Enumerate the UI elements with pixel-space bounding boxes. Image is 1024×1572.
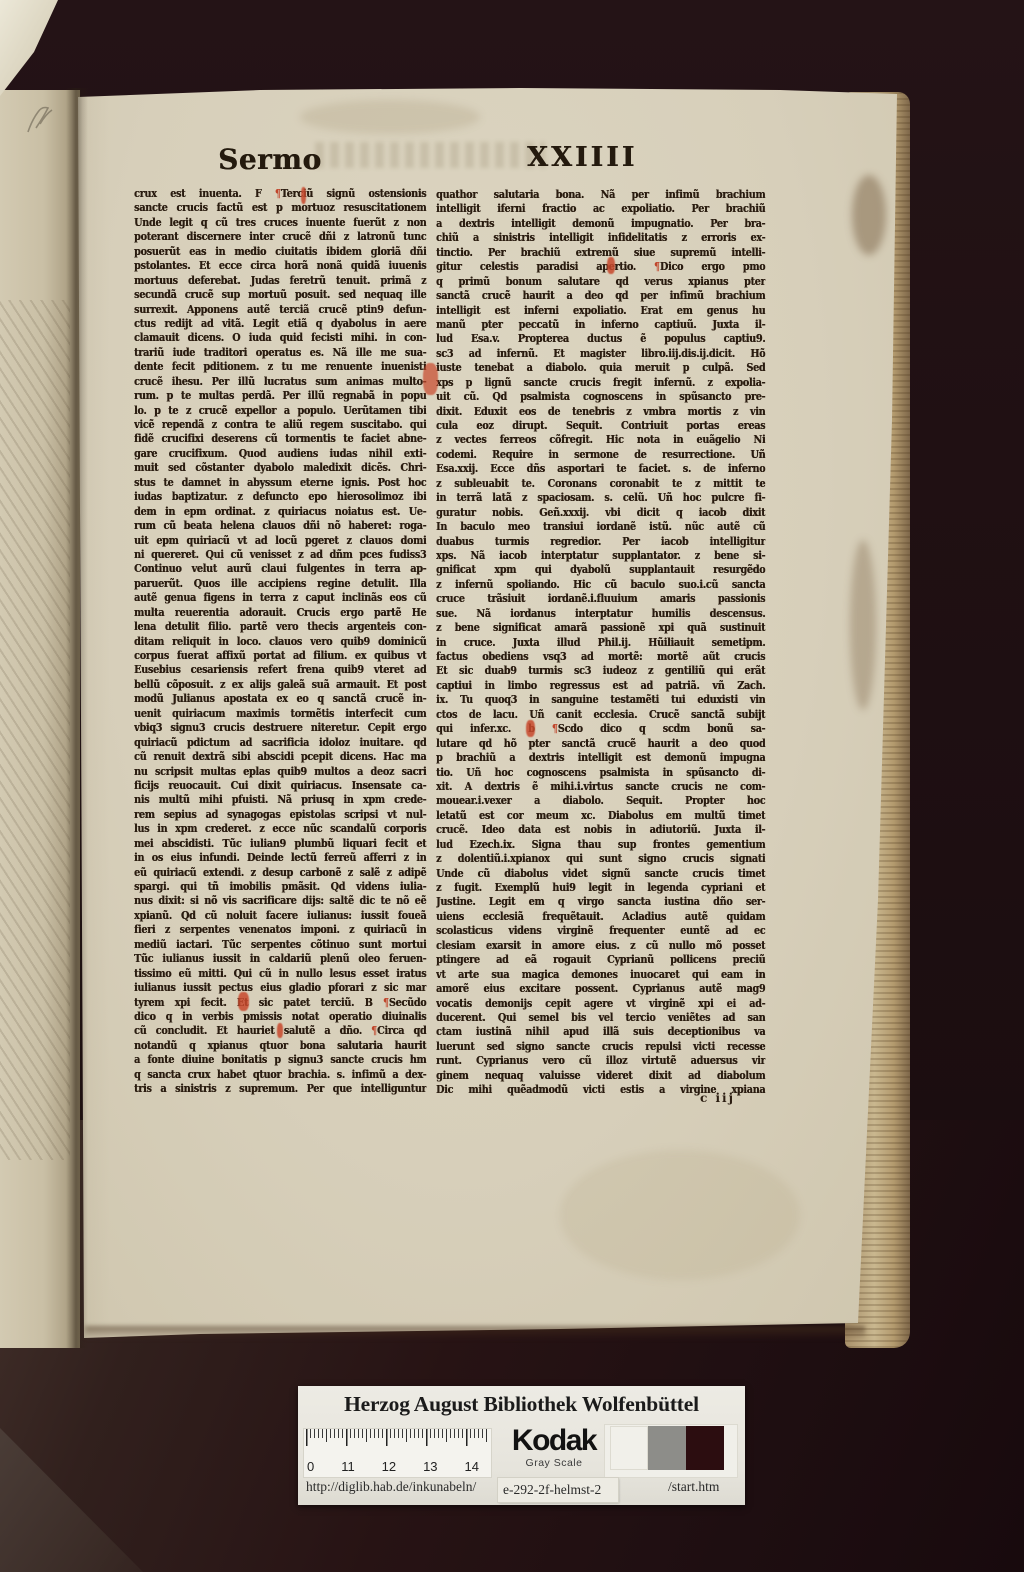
ruler-number: 13	[423, 1459, 437, 1474]
gray-scale-patch-gray	[648, 1426, 686, 1470]
text-line: corpus fuerat affixũ portat ad filium. e…	[134, 648, 426, 662]
text-line: in terrã latã z spaciosam. s. celũ. Uñ h…	[436, 490, 765, 504]
text-line: multa reuerentia adorauit. Crucis ergo p…	[134, 605, 426, 619]
library-label-card: Herzog August Bibliothek Wolfenbüttel 01…	[298, 1386, 745, 1505]
text-line: lutare qd hõ pter sanctã crucẽ haurit a …	[436, 736, 765, 750]
text-line: nis multũ mihi pfuisti. Nã priusq in xpm…	[134, 792, 426, 806]
ruler-number: 14	[464, 1459, 478, 1474]
text-line: sue. Nã iordanus interptatur humilis des…	[436, 606, 765, 620]
text-line: cula eoz dirupt. Sequit. Contriuit porta…	[436, 418, 765, 432]
text-column-right: quathor salutaria bona. Nã per infimũ br…	[436, 187, 765, 1097]
text-line: posuerũt eas in medio ciuitatis ibidem g…	[134, 244, 426, 258]
text-line: factus obediens vsq3 ad mortẽ: mortẽ aũt…	[436, 649, 765, 663]
text-line: z infernũ spoliando. Hic cũ baculo suo.i…	[436, 577, 765, 591]
text-line: mouear.i.vexer a diabolo. Sequit. Propte…	[436, 793, 765, 807]
page-stain	[300, 100, 480, 134]
text-line: vt arte sua magica demones inuocaret qui…	[436, 967, 765, 981]
text-line: sanctã crucẽ haurit a deo qd per infimũ …	[436, 288, 765, 302]
pilcrow-rubric: ¶	[552, 721, 558, 735]
ruler-long-ticks	[306, 1429, 489, 1446]
text-line: intelligit est inferni expoliatio. Erat …	[436, 303, 765, 317]
text-line: ctam iustinã nihil apud illã suis decept…	[436, 1024, 765, 1038]
shelfmark-sticker: e-292-2f-helmst-2	[498, 1478, 618, 1502]
text-line: crucẽ ihesu. Per illũ lucratus sum anima…	[134, 374, 426, 388]
pilcrow-rubric: ¶	[371, 1023, 377, 1037]
ruler-number: 12	[382, 1459, 396, 1474]
text-line: Justine. Legit em q virgo sancta iustina…	[436, 894, 765, 908]
rubrication-mark	[607, 257, 615, 274]
text-line: eũ quiriacũ extendi. z desup carbonẽ z s…	[134, 865, 426, 879]
text-line: chiũ a sinistris intelligit infidelitati…	[436, 230, 765, 244]
ruler-number: 0	[307, 1459, 314, 1474]
text-line: z subleuabit te. Coronans coronabit te z…	[436, 476, 765, 490]
text-line: quathor salutaria bona. Nã per infimũ br…	[436, 187, 765, 201]
text-line: vicẽ rependã z contra te aliũ regem susc…	[134, 417, 426, 431]
text-line: xps. Nã iacob interptatur supplantator. …	[436, 548, 765, 562]
text-line: in cruce. Juxta illud Phil.ij. Hũiliauit…	[436, 635, 765, 649]
text-line: q primũ bonum salutare qd verus xpianus …	[436, 274, 765, 288]
text-line: ix. Tu quoq3 in sanguine testamẽti tui e…	[436, 692, 765, 706]
text-line: crux est inuenta. F ¶Terciũ signũ ostens…	[134, 186, 426, 200]
text-line: z vectes ferreos cõfregit. Hic nota in e…	[436, 432, 765, 446]
text-line: z bene significat amarã passionẽ xpi quã…	[436, 620, 765, 634]
text-line: trariũ iude traditori operatus es. Nã il…	[134, 345, 426, 359]
text-line: surrexit. Apponens autẽ terciã crucẽ pti…	[134, 302, 426, 316]
text-line: xps p lignũ sancte crucis fregit infernũ…	[436, 375, 765, 389]
text-line: iulianus iussit pectus eius gladio pfora…	[134, 980, 426, 994]
text-line: uit cũ. Qd psalmista cognoscens in spũsa…	[436, 389, 765, 403]
text-line: cruce trãsiuit iordanẽ.i.fluuium amaris …	[436, 591, 765, 605]
text-line: muit sed cõstanter dyabolo maledixit dic…	[134, 460, 426, 474]
text-line: vbiq3 signu3 crucis destruere niteretur.…	[134, 720, 426, 734]
text-line: intelligit iferni fractio ac expoliatio.…	[436, 201, 765, 215]
text-line: runt. Cyprianus vero cũ illoz virtutẽ ad…	[436, 1053, 765, 1067]
text-line: In baculo meo transiui iordanẽ istũ. nũc…	[436, 519, 765, 533]
page-stain	[852, 175, 886, 255]
text-line: iudas baptizatur. z defuncto epo hieroso…	[134, 489, 426, 503]
text-line: codemi. Require in sermone de resurrecti…	[436, 447, 765, 461]
text-line: tio. Uñ hoc cognoscens psalmista in spũs…	[436, 765, 765, 779]
text-line: dem in epm ordinat. z quiriacus noiatus …	[134, 504, 426, 518]
text-line: Unde cũ diabolus videt signũ sancte cruc…	[436, 866, 765, 880]
library-name: Herzog August Bibliothek Wolfenbüttel	[298, 1392, 745, 1417]
text-line: fidẽ crucifixi deserens cũ tormentis te …	[134, 431, 426, 445]
text-line: captiui in limbo regressus est ad patriã…	[436, 678, 765, 692]
pilcrow-rubric: ¶	[383, 995, 389, 1009]
text-line: z fugit. Exemplũ hui9 legit in legenda c…	[436, 880, 765, 894]
text-line: clesiam exarsit in amore eius. z cũ null…	[436, 938, 765, 952]
gray-scale-patch-white	[610, 1426, 648, 1470]
text-line: autẽ genua figens in terra z caput incli…	[134, 590, 426, 604]
text-line: lud Ezech.ix. Signa thau sup frontes gem…	[436, 837, 765, 851]
text-line: guratur nobis. Geñ.xxxij. vbi dicit q ia…	[436, 505, 765, 519]
text-line: mediũ iactari. Tũc serpentes cõtinuo sun…	[134, 937, 426, 951]
facing-page-text-texture	[0, 300, 70, 1160]
text-line: tinctio. Per brachiũ extremũ siue suprem…	[436, 245, 765, 259]
ruler-number: 11	[341, 1459, 355, 1474]
text-line: lo. p te z crucẽ expellor a populo. Uerũ…	[134, 403, 426, 417]
text-line: clamauit dicens. O iuda quid fecisti mih…	[134, 330, 426, 344]
kodak-wordmark: Kodak	[498, 1426, 610, 1456]
text-line: Eusebius cesariensis refert frena quib9 …	[134, 662, 426, 676]
text-line: uit epm quiriacũ vt ad locũ pgeret z cla…	[134, 533, 426, 547]
rubrication-smudge	[423, 363, 438, 395]
text-line: ginem nequaq valuisse videret dixit ad d…	[436, 1068, 765, 1082]
shelfmark: e-292-2f-helmst-2	[503, 1482, 601, 1498]
text-line: stus te damnet in abyssum eterne ignis. …	[134, 475, 426, 489]
rubrication-mark	[301, 187, 306, 204]
ruler-numbers: 011121314	[307, 1459, 479, 1474]
text-line: uiens ecclesiã frequẽtauit. Acladius aut…	[436, 909, 765, 923]
text-line: gitur celestis paradisi apertio. ¶Dico e…	[436, 259, 765, 273]
text-line: rum. p te multas perdã. Per illũ regnabã…	[134, 388, 426, 402]
text-line: crucẽ. Ideo data est nobis in adiutoriũ.…	[436, 822, 765, 836]
page-stain	[560, 1150, 800, 1280]
rubrication-mark	[526, 720, 535, 737]
text-line: uenit quiriacum maximis tormẽtis interfe…	[134, 706, 426, 720]
text-line: iuste tenebat a diabolo. quia meruit p c…	[436, 360, 765, 374]
text-line: paruerũt. Quos ille accipiens regine det…	[134, 576, 426, 590]
text-line: tris a sinistris z supremum. Per que int…	[134, 1081, 426, 1095]
text-line: tyrem xpi fecit. Et sic patet terciũ. B …	[134, 995, 426, 1009]
ink-showthrough	[315, 142, 545, 168]
text-line: pstolantes. Et ecce circa horã nonã quid…	[134, 258, 426, 272]
text-line: a fonte diuine bonitatis p signu3 sancte…	[134, 1052, 426, 1066]
text-column-left: crux est inuenta. F ¶Terciũ signũ ostens…	[134, 186, 426, 1096]
digitization-url: http://diglib.hab.de/inkunabeln/	[306, 1479, 476, 1495]
text-line: qui infer.xc. b ¶Scdo dico q scdm bonũ s…	[436, 721, 765, 735]
text-line: Continuo velut aurũ claui fulgentes in t…	[134, 561, 426, 575]
pilcrow-rubric: ¶	[275, 186, 281, 200]
text-line: q sancta crux habet qtuor brachia. s. in…	[134, 1067, 426, 1081]
text-line: bellũ cõposuit. z ex alijs galeã suã arm…	[134, 677, 426, 691]
text-line: dixit. Eduxit eos de tenebris z vmbra mo…	[436, 404, 765, 418]
gray-scale-patches	[610, 1426, 724, 1470]
rubrication-mark	[238, 992, 249, 1011]
text-line: z dolentiũ.i.xpianox qui sunt signo cruc…	[436, 851, 765, 865]
text-line: dente fecit pditionem. z tu me renuente …	[134, 359, 426, 373]
text-line: letatũ est cor meum xc. Diabolus em mult…	[436, 808, 765, 822]
rubrication-mark	[277, 1023, 283, 1038]
text-line: mei abscidisti. Tũc iulian9 plumbũ liqua…	[134, 836, 426, 850]
text-line: sc3 ad infernũ. Et magister libro.iij.di…	[436, 346, 765, 360]
text-line: amorẽ eius excitare possent. Cyprianus a…	[436, 981, 765, 995]
text-line: ficijs reuocauit. Cui dixit quiriacus. I…	[134, 778, 426, 792]
text-line: vocatis demonijs cepit agere vt virginẽ …	[436, 996, 765, 1010]
text-line: p brachiũ a dextris intelligit est demon…	[436, 750, 765, 764]
text-line: gnificat xpm qui dyabolũ supplantauit re…	[436, 562, 765, 576]
text-line: nus dixit: si nõ vis sacrificare dijs: s…	[134, 893, 426, 907]
folio-number: XXIIII	[527, 142, 637, 173]
pilcrow-rubric: ¶	[654, 259, 660, 273]
text-line: poterant discernere inter crucẽ dñi z la…	[134, 229, 426, 243]
text-line: ctus redijt ad vitã. Legit etiã q dyabol…	[134, 316, 426, 330]
text-line: rem sepius ad synagogas epistolas scrips…	[134, 807, 426, 821]
text-line: Esa.xxij. Ecce dñs asportari te faciet. …	[436, 461, 765, 475]
text-line: cũ renuit dextrã sibi abscidi pcepit dic…	[134, 749, 426, 763]
text-line: ducerent. Qui semel bis vel tercio veniẽ…	[436, 1010, 765, 1024]
page-stain	[850, 540, 876, 710]
text-line: lus in xpm crederet. z ecce nũc scandalũ…	[134, 821, 426, 835]
text-line: dico q in verbis pmissis notat operatio …	[134, 1009, 426, 1023]
text-line: luerunt sed signo sancte crucis repulsi …	[436, 1039, 765, 1053]
text-line: secundã crucẽ sup mortuũ posuit. sed neq…	[134, 287, 426, 301]
text-line: duabus turmis regredior. Per iacob intel…	[436, 534, 765, 548]
quire-signature: c iij	[700, 1091, 735, 1105]
text-line: scolasticus videns virginẽ frequenter eu…	[436, 923, 765, 937]
text-line: lena detulit filio. partẽ vero thecis ar…	[134, 619, 426, 633]
measurement-ruler: 011121314	[303, 1428, 492, 1478]
text-line: tissimo eũ mitti. Qui cũ in nullo lesus …	[134, 966, 426, 980]
text-line: a dextris intelligit demonũ impugnatio. …	[436, 216, 765, 230]
text-line: xit. A dextris ẽ mihi.i.virtus sancte cr…	[436, 779, 765, 793]
text-line: ditam reliquit in loco. clauos vero quib…	[134, 634, 426, 648]
text-line: Et sic duab9 turmis sc3 iudeoz z gentili…	[436, 663, 765, 677]
text-line: Unde legit q cũ tres cruces inuente fuer…	[134, 215, 426, 229]
text-line: gare crucifixum. Quod audiens iudas nihi…	[134, 446, 426, 460]
text-line: Tũc iulianus iussit in caldariũ plenũ ol…	[134, 951, 426, 965]
text-line: ptingere ad eã rogauit Cyprianũ pollicen…	[436, 952, 765, 966]
gray-scale-patch-black	[686, 1426, 724, 1470]
text-line: modũ Julianus apostata ex eo q sanctã cr…	[134, 691, 426, 705]
page-bottom-shadow	[85, 1326, 865, 1340]
kodak-logo-block: Kodak Gray Scale	[498, 1426, 610, 1469]
text-line: ni quereret. Qui cũ venisset z ad dñm pc…	[134, 547, 426, 561]
text-line: nu scripsit multas eplas quib9 multos a …	[134, 764, 426, 778]
text-line: xpianũ. Qd cũ noluit facere iulianus: iu…	[134, 908, 426, 922]
text-line: sancte crucis factũ est p mortuoz resusc…	[134, 200, 426, 214]
text-line: in os eius infundi. Deinde lectũ ferreũ …	[134, 850, 426, 864]
ruler-ticks	[306, 1429, 489, 1446]
text-line: notandũ q xpianus qtuor bona salutaria h…	[134, 1038, 426, 1052]
text-line: fieri z serpentes venenatos imponi. z qu…	[134, 922, 426, 936]
text-line: rum cũ beata helena clauos dñi nõ habere…	[134, 518, 426, 532]
fore-edge-handwriting	[22, 98, 62, 144]
gutter-shadow	[66, 88, 88, 1348]
kodak-gray-scale-label: Gray Scale	[498, 1457, 610, 1469]
running-title-sermo: Sermo	[218, 143, 322, 176]
text-line: quiriacũ pdictum ad sacrificia idoloz in…	[134, 735, 426, 749]
text-line: lud Esa.v. Propterea ductus ẽ populus ca…	[436, 331, 765, 345]
text-line: spargi. qui tñ imobilis pmãsit. Qd viden…	[134, 879, 426, 893]
start-page-url: /start.htm	[668, 1479, 719, 1495]
text-line: ctos de lacu. Uñ canit ecclesia. Crucẽ s…	[436, 707, 765, 721]
text-line: manũ pter peccatũ in inferno captiuũ. Ju…	[436, 317, 765, 331]
text-line: mortuus deferebat. Judas feretrũ tenuit.…	[134, 273, 426, 287]
